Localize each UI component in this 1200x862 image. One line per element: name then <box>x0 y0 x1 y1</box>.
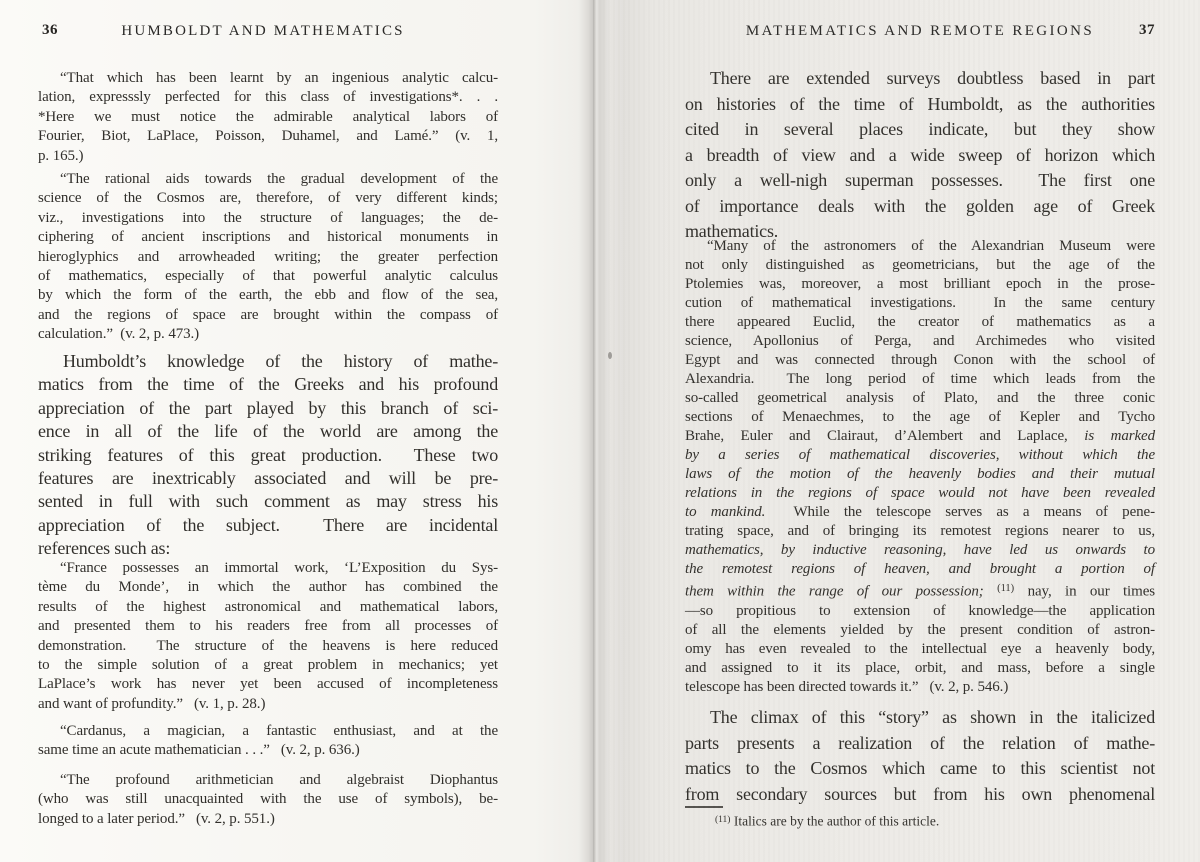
text-line: science, Apollonius of Perga, and Archim… <box>685 332 1155 351</box>
quotation-paragraph-2: “The rational aids towards the gradual d… <box>38 170 498 345</box>
quotation-paragraph-6: “Many of the astronomers of the Alexandr… <box>685 237 1155 697</box>
text-line: matics from the time of the Greeks and h… <box>38 373 498 396</box>
text-line: Ptolemies was, moreover, a most brillian… <box>685 275 1155 294</box>
text-line: laws of the motion of the heavenly bodie… <box>685 465 1155 484</box>
text-line: parts presents a realization of the rela… <box>685 731 1155 757</box>
text-line: from secondary sources but from his own … <box>685 782 1155 808</box>
body-paragraph-1: Humboldt’s knowledge of the history of m… <box>38 350 498 561</box>
text-line: and assigned to it its place, orbit, and… <box>685 659 1155 678</box>
quotation-paragraph-4: “Cardanus, a magician, a fantastic enthu… <box>38 722 498 761</box>
text-line: Egypt and was connected through Conon wi… <box>685 351 1155 370</box>
text-line: —so propitious to extension of knowledge… <box>685 602 1155 621</box>
text-line: “Cardanus, a magician, a fantastic enthu… <box>38 722 498 741</box>
right-page: MATHEMATICS AND REMOTE REGIONS 37 There … <box>593 0 1200 862</box>
text-line: Brahe, Euler and Clairaut, d’Alembert an… <box>685 427 1155 446</box>
footnote-rule <box>685 806 723 808</box>
text-line: The climax of this “story” as shown in t… <box>685 705 1155 731</box>
text-line: and presented them to his readers free f… <box>38 617 498 636</box>
text-line: same time an acute mathematician . . .” … <box>38 741 498 760</box>
text-line: sections of Menaechmes, to the age of Ke… <box>685 408 1155 427</box>
left-running-head: HUMBOLDT AND MATHEMATICS <box>20 23 506 40</box>
text-line: (who was still unacquainted with the use… <box>38 790 498 809</box>
text-line: p. 165.) <box>38 147 498 166</box>
footnote-marker: (11) <box>715 815 730 825</box>
text-line: of all the elements yielded by the prese… <box>685 621 1155 640</box>
text-line: Humboldt’s knowledge of the history of m… <box>38 350 498 373</box>
scan-speck <box>608 352 612 359</box>
text-line: lation, expresssly perfected for this cl… <box>38 88 498 107</box>
text-line: and want of profundity.” (v. 1, p. 28.) <box>38 695 498 714</box>
text-line: demonstration. The structure of the heav… <box>38 637 498 656</box>
text-line: trating space, and of bringing its remot… <box>685 522 1155 541</box>
body-paragraph-3: The climax of this “story” as shown in t… <box>685 705 1155 807</box>
text-line: by which the form of the earth, the ebb … <box>38 286 498 305</box>
text-line: to mankind. While the telescope serves a… <box>685 503 1155 522</box>
text-line: tème du Monde’, in which the author has … <box>38 578 498 597</box>
text-line: “The profound arithmetician and algebrai… <box>38 771 498 790</box>
text-line: not only distinguished as geometricians,… <box>685 256 1155 275</box>
text-line: “France possesses an immortal work, ‘L’E… <box>38 559 498 578</box>
footnote: (11) Italics are by the author of this a… <box>685 811 1155 831</box>
text-line: Alexandria. The long period of time whic… <box>685 370 1155 389</box>
text-line: telescope has been directed towards it.”… <box>685 678 1155 697</box>
text-line: so-called geometrical analysis of Plato,… <box>685 389 1155 408</box>
text-line: Fourier, Biot, LaPlace, Poisson, Duhamel… <box>38 127 498 146</box>
quotation-paragraph-5: “The profound arithmetician and algebrai… <box>38 771 498 829</box>
text-line: calculation.” (v. 2, p. 473.) <box>38 325 498 344</box>
text-line: striking features of this great producti… <box>38 444 498 467</box>
text-line: “The rational aids towards the gradual d… <box>38 170 498 189</box>
text-line: LaPlace’s work has never yet been accuse… <box>38 675 498 694</box>
text-line: “Many of the astronomers of the Alexandr… <box>685 237 1155 256</box>
text-line: appreciation of the subject. There are i… <box>38 514 498 537</box>
text-line: the remotest regions of heaven, and brou… <box>685 560 1155 579</box>
text-line: There are extended surveys doubtless bas… <box>685 66 1155 92</box>
text-line: of importance deals with the golden age … <box>685 194 1155 220</box>
text-line: features are inextricably associated and… <box>38 467 498 490</box>
footnote-text: Italics are by the author of this articl… <box>730 814 939 829</box>
text-line: cution of mathematical investigations. I… <box>685 294 1155 313</box>
text-line: viz., investigations into the structure … <box>38 209 498 228</box>
right-running-head: MATHEMATICS AND REMOTE REGIONS <box>685 23 1155 40</box>
body-paragraph-2: There are extended surveys doubtless bas… <box>685 66 1155 245</box>
text-line: “That which has been learnt by an ingeni… <box>38 69 498 88</box>
text-line: science of the Cosmos are, therefore, of… <box>38 189 498 208</box>
text-line: of mathematics, especially of that power… <box>38 267 498 286</box>
text-line: results of the highest astronomical and … <box>38 598 498 617</box>
text-line: cited in several places indicate, but th… <box>685 117 1155 143</box>
right-page-number: 37 <box>1139 22 1155 39</box>
text-line: by a series of mathematical discoveries,… <box>685 446 1155 465</box>
text-line: relations in the regions of space would … <box>685 484 1155 503</box>
text-line: longed to a later period.” (v. 2, p. 551… <box>38 810 498 829</box>
text-line: on histories of the time of Humboldt, as… <box>685 92 1155 118</box>
left-page: 36 HUMBOLDT AND MATHEMATICS “That which … <box>0 0 593 862</box>
text-line: omy has even revealed to the intellectua… <box>685 640 1155 659</box>
text-line: to the simple solution of a great proble… <box>38 656 498 675</box>
text-line: ciphering of ancient inscriptions and hi… <box>38 228 498 247</box>
text-line: mathematics, by inductive reasoning, hav… <box>685 541 1155 560</box>
quotation-paragraph-3: “France possesses an immortal work, ‘L’E… <box>38 559 498 714</box>
text-line: a breadth of view and a wide sweep of ho… <box>685 143 1155 169</box>
book-spread: 36 HUMBOLDT AND MATHEMATICS “That which … <box>0 0 1200 862</box>
text-line: them within the range of our possession;… <box>685 579 1155 602</box>
text-line: *Here we must notice the admirable analy… <box>38 108 498 127</box>
text-line: appreciation of the part played by this … <box>38 397 498 420</box>
text-line: sented in full with such comment as may … <box>38 490 498 513</box>
text-line: references such as: <box>38 537 498 560</box>
text-line: only a well-nigh superman possesses. The… <box>685 168 1155 194</box>
text-line: hieroglyphics and arrowheaded writing; t… <box>38 248 498 267</box>
text-line: matics to the Cosmos which came to this … <box>685 756 1155 782</box>
text-line: and the regions of space are brought wit… <box>38 306 498 325</box>
quotation-paragraph-1: “That which has been learnt by an ingeni… <box>38 69 498 166</box>
text-line: ence in all of the life of the world are… <box>38 420 498 443</box>
text-line: there appeared Euclid, the creator of ma… <box>685 313 1155 332</box>
